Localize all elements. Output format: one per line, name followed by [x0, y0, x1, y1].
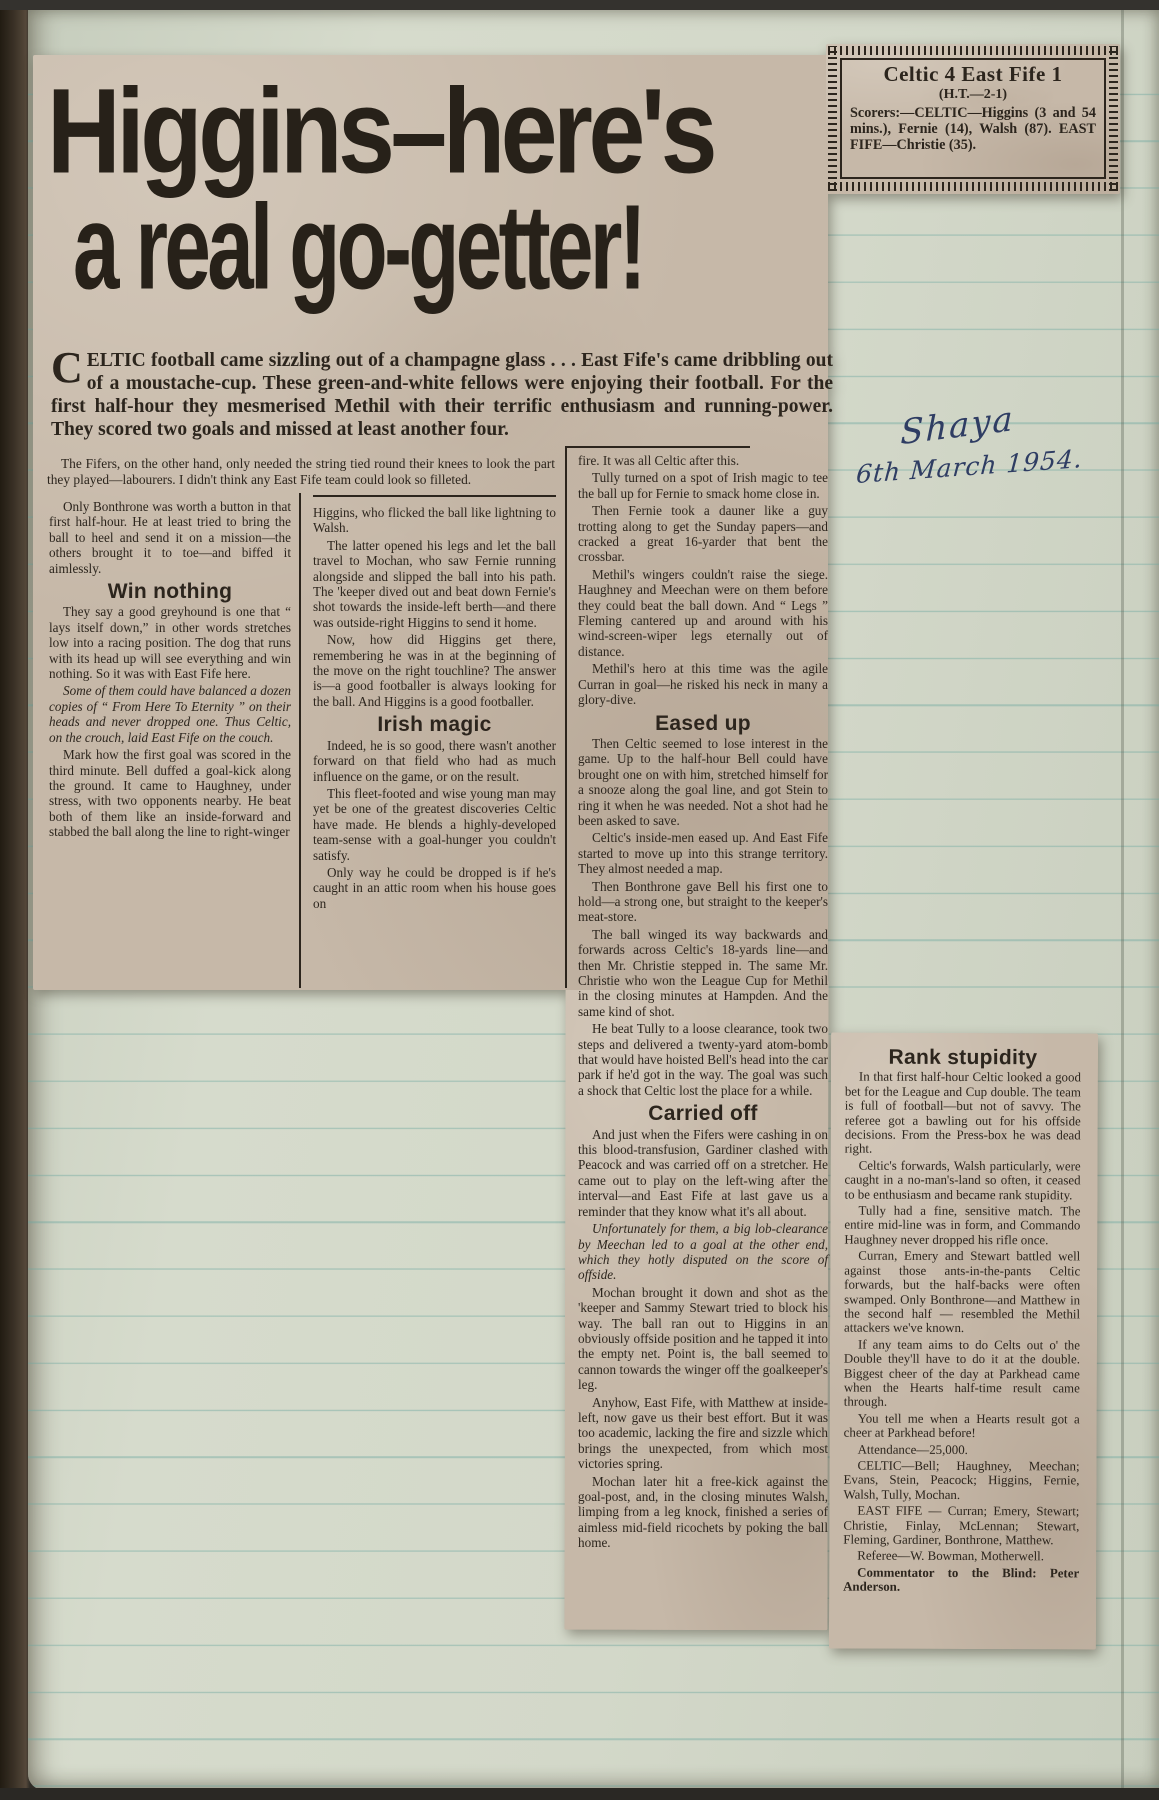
article-paragraph: Commentator to the Blind: Peter Anderson…: [843, 1565, 1079, 1595]
article-paragraph: The latter opened his legs and let the b…: [313, 538, 556, 630]
article-paragraph: Mark how the first goal was scored in th…: [49, 747, 291, 839]
article-paragraph: Some of them could have balanced a dozen…: [49, 683, 291, 745]
score-box-title: Celtic 4 East Fife 1: [850, 62, 1096, 87]
column-rule-2: [565, 446, 567, 988]
lead-paragraph: CELTIC football came sizzling out of a c…: [51, 349, 833, 441]
score-box-halftime: (H.T.—2-1): [850, 87, 1096, 103]
newspaper-clipping-rank-stupidity: Rank stupidityIn that first half-hour Ce…: [829, 1033, 1098, 1650]
score-box: Celtic 4 East Fife 1 (H.T.—2-1) Scorers:…: [840, 58, 1106, 179]
article-column-1: Only Bonthrone was worth a button in tha…: [49, 499, 291, 842]
article-paragraph: Mochan brought it down and shot as the '…: [578, 1285, 828, 1393]
article-paragraph: Attendance—25,000.: [844, 1442, 1080, 1457]
hatched-border-right: [1109, 46, 1118, 191]
section-heading: Eased up: [578, 716, 828, 731]
lead-dropcap: C: [51, 349, 87, 386]
section-heading: Irish magic: [313, 717, 556, 732]
article-paragraph: They say a good greyhound is one that “ …: [49, 604, 291, 681]
article-paragraph: Indeed, he is so good, there wasn't anot…: [313, 738, 556, 784]
hatched-border-left: [828, 46, 837, 191]
article-paragraph: CELTIC—Bell; Haughney, Meechan; Evans, S…: [843, 1459, 1079, 1503]
article-paragraph: Methil's hero at this time was the agile…: [578, 661, 828, 707]
article-paragraph: You tell me when a Hearts result got a c…: [844, 1411, 1080, 1441]
article-paragraph: Only Bonthrone was worth a button in tha…: [49, 499, 291, 576]
hatched-border-bottom: [828, 182, 1118, 191]
column-rule-1: [299, 493, 301, 988]
article-paragraph: Higgins, who flicked the ball like light…: [313, 505, 556, 536]
lead-text: ELTIC football came sizzling out of a ch…: [51, 350, 833, 440]
article-paragraph: EAST FIFE — Curran; Emery, Stewart; Chri…: [843, 1504, 1079, 1548]
headline-line-1: Higgins–here's: [47, 61, 804, 195]
column-2-top-rule: [313, 495, 556, 497]
article-column-3: fire. It was all Celtic after this.Tully…: [578, 453, 828, 1553]
article-paragraph: The ball winged its way backwards and fo…: [578, 927, 828, 1019]
article-paragraph: Curran, Emery and Stewart battled well a…: [844, 1249, 1080, 1336]
article-paragraph: Unfortunately for them, a big lob-cleara…: [578, 1221, 828, 1283]
article-paragraph: Then Fernie took a dauner like a guy tro…: [578, 503, 828, 565]
section-heading: Rank stupidity: [845, 1051, 1081, 1066]
intro-paragraph: The Fifers, on the other hand, only need…: [47, 456, 555, 487]
article-paragraph: Tully had a fine, sensitive match. The e…: [844, 1204, 1080, 1248]
column-3-top-rule: [565, 446, 750, 448]
article-column-4: Rank stupidityIn that first half-hour Ce…: [843, 1043, 1081, 1597]
article-paragraph: Then Bonthrone gave Bell his first one t…: [578, 879, 828, 925]
article-paragraph: Then Celtic seemed to lose interest in t…: [578, 736, 828, 828]
score-box-scorers: Scorers:—CELTIC—Higgins (3 and 54 mins.)…: [850, 105, 1096, 153]
article-paragraph: In that first half-hour Celtic looked a …: [845, 1070, 1081, 1157]
article-paragraph: And just when the Fifers were cashing in…: [578, 1127, 828, 1219]
article-paragraph: This fleet-footed and wise young man may…: [313, 786, 556, 863]
article-paragraph: If any team aims to do Celts out o' the …: [844, 1337, 1080, 1410]
article-paragraph: Mochan later hit a free-kick against the…: [578, 1474, 828, 1551]
article-paragraph: Now, how did Higgins get there, remember…: [313, 632, 556, 709]
section-heading: Win nothing: [49, 584, 291, 599]
article-column-2: Higgins, who flicked the ball like light…: [313, 505, 556, 913]
article-paragraph: Only way he could be dropped is if he's …: [313, 865, 556, 911]
article-paragraph: Methil's wingers couldn't raise the sieg…: [578, 567, 828, 659]
clipping-collage: Higgins–here's a real go-getter! CELTIC …: [0, 0, 1159, 1800]
hatched-border-top: [828, 46, 1118, 55]
article-paragraph: Celtic's forwards, Walsh particularly, w…: [844, 1158, 1080, 1202]
article-paragraph: fire. It was all Celtic after this.: [578, 453, 828, 468]
newspaper-clipping-score-box: Celtic 4 East Fife 1 (H.T.—2-1) Scorers:…: [826, 44, 1120, 194]
article-paragraph: Tully turned on a spot of Irish magic to…: [578, 470, 828, 501]
article-paragraph: Celtic's inside-men eased up. And East F…: [578, 830, 828, 876]
article-paragraph: Anyhow, East Fife, with Matthew at insid…: [578, 1395, 828, 1472]
section-heading: Carried off: [578, 1106, 828, 1121]
newspaper-clipping-main: Higgins–here's a real go-getter! CELTIC …: [33, 55, 828, 990]
article-paragraph: Referee—W. Bowman, Motherwell.: [843, 1549, 1079, 1564]
headline-line-2: a real go-getter!: [73, 177, 865, 311]
scrapbook-photo: Higgins–here's a real go-getter! CELTIC …: [0, 0, 1159, 1800]
article-paragraph: He beat Tully to a loose clearance, took…: [578, 1021, 828, 1098]
